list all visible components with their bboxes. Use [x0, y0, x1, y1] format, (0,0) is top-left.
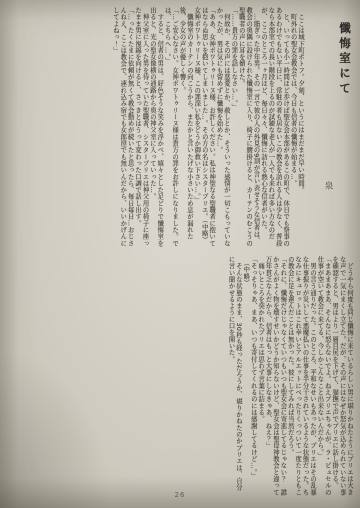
paragraph: 男の言う通りだった。このところ、平和なせいもあったが、プリエはその乱暴な仕事振り…: [286, 256, 316, 496]
paragraph: 懺悔室のカーテンの向こうから、またかと言いたげな小さいため息が漏れた後、少女の声…: [178, 7, 193, 248]
author-name: 泉: [322, 181, 334, 192]
page-title: 懺悔室にて: [337, 22, 353, 97]
paragraph: 「……貴方の罪を話しなさい…。」: [230, 7, 237, 248]
paragraph: …脂ぎった中年男。その一言で彼の人の外見の9割が言い表せそうな信者は、教会の奥隅…: [237, 7, 259, 248]
paragraph: 「まあまあまあ、そんなに怒らないでよ。ねえプリエちゃんが、ラ・ピュセルの仕事が空…: [316, 256, 331, 496]
paragraph: 神父室に入った男を待っていた聖職者、シスタープリエは神父用の椅子に座ったまま男に…: [134, 7, 149, 248]
paragraph: ここは城下町ポトフ。夕刻、というにはまだまだ早い時間。: [297, 7, 304, 248]
scanned-page: 懺悔室にて 泉 ここは城下町ポトフ。夕刻、というにはまだまだ早い時間。 町外れの…: [0, 0, 360, 508]
paragraph: 何故か、その声には慈愛とか、赦しとか、そういった感情が一切こもっていなかったが、…: [215, 7, 230, 248]
page-number: 26: [175, 491, 186, 499]
paragraph: そんな状態のまま、30秒も経っただろうか、堪りかねたのかプリエは、自分に言い聞か…: [227, 256, 242, 496]
text-block-bottom: どうやら何度も同じ懺悔に来ているらしい男に堪りかねたようにプリエは大きな声で一気…: [7, 256, 353, 496]
paragraph: 「…ったくたまに依頼が無くて教会勤めが続いたと思ったら、毎日毎日…おじさんねえ、…: [111, 7, 133, 248]
paragraph: 「ああ、女神ポワトゥリーヌ様、お許しください。私は神聖なる聖職者に抱いてはならぬ…: [193, 7, 215, 248]
paragraph: どうやら何度も同じ懺悔に来ているらしい男に堪りかねたようにプリエは大きな声で一気…: [331, 256, 353, 496]
paragraph: 「それに、懺悔だけじゃなくていつもいつも聖女会に寄進してるじゃない？ 誰かさんが…: [264, 256, 286, 496]
text-block-top: ここは城下町ポトフ。夕刻、というにはまだまだ早い時間。 町外れの聖女会教会では、…: [10, 7, 304, 248]
paragraph: 町外れの聖女会教会では、今日も信者の懺悔が始まる…。: [289, 7, 296, 248]
paragraph: すると、信者の男は、好色そうな笑みを浮かべ、嬉々とした足どりで懺悔室を出ると、光…: [148, 7, 163, 248]
paragraph: 「…ご安心なさい。女神ポワトゥリーヌ様は貴方の罪をお許しになりました。では、こち…: [163, 7, 178, 248]
paragraph: と、いっても小一時間ほど歩けば聖女会本部があるこの町で、休日でも祭事のあるわけで…: [260, 7, 290, 248]
paragraph: 「そっそりゃあ、まあ、いつも寄付してくれるのには感謝してるけど…。」: [249, 256, 256, 496]
paragraph: 痛いところを突かれたプリエは思わず言葉に詰まる。: [257, 256, 264, 496]
paragraph: （中略）: [242, 256, 249, 496]
